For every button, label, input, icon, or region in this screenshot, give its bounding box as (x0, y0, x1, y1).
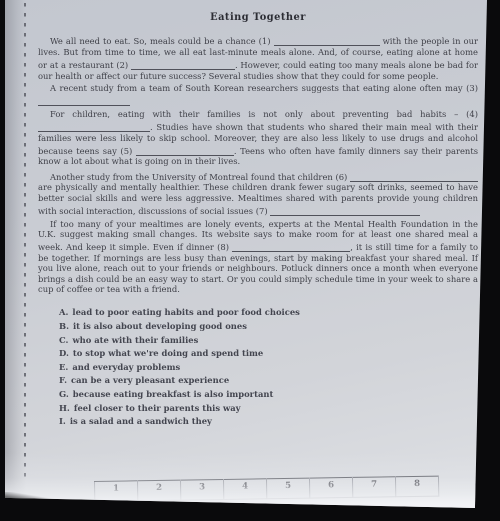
page-fold-shadow (5, 0, 26, 508)
answer-grid-row: 12345678 (95, 476, 439, 501)
option-letter: D. (59, 348, 69, 358)
option-text: who ate with their families (72, 335, 198, 345)
option-text: it is also about developing good ones (73, 321, 247, 331)
option-item: D.to stop what we're doing and spend tim… (59, 347, 478, 361)
option-letter: G. (59, 389, 69, 399)
option-letter: B. (59, 321, 69, 331)
option-letter: C. (59, 335, 68, 345)
option-item: E.and everyday problems (59, 361, 478, 375)
option-text: feel closer to their parents this way (74, 403, 241, 413)
passage-paragraph: Another study from the University of Mon… (38, 169, 478, 217)
page-title: Eating Together (38, 13, 478, 23)
answer-blank (136, 143, 234, 156)
answer-blank (38, 93, 130, 106)
option-text: and everyday problems (72, 362, 180, 372)
answer-grid: 12345678 (94, 476, 439, 502)
option-letter: F. (59, 375, 67, 385)
passage-paragraph: For children, eating with their families… (38, 109, 478, 167)
worksheet-content: Eating Together We all need to eat. So, … (38, 13, 478, 429)
answer-blank (270, 203, 420, 216)
option-item: I.is a salad and a sandwich they (59, 415, 478, 429)
answer-grid-cell: 8 (395, 476, 438, 497)
answer-blank (38, 119, 150, 132)
passage-paragraph: If too many of your mealtimes are lonely… (38, 219, 478, 295)
photo-background: Eating Together We all need to eat. So, … (0, 0, 500, 521)
passage-text: We all need to eat. So, meals could be a… (38, 33, 478, 294)
answer-blank (232, 239, 350, 252)
option-letter: E. (59, 362, 68, 372)
option-item: H.feel closer to their parents this way (59, 402, 478, 416)
answer-grid-cell: 5 (266, 478, 309, 499)
answer-grid-cell: 6 (309, 477, 352, 498)
perforation-line (24, 3, 26, 481)
option-item: G.because eating breakfast is also impor… (59, 388, 478, 402)
option-text: is a salad and a sandwich they (70, 416, 212, 426)
option-letter: I. (59, 416, 66, 426)
answer-blank (350, 169, 478, 182)
option-item: F.can be a very pleasant experience (59, 374, 478, 388)
answer-blank (274, 33, 380, 46)
passage-paragraph: A recent study from a team of South Kore… (38, 83, 478, 107)
option-letter: A. (59, 307, 68, 317)
option-text: lead to poor eating habits and poor food… (72, 307, 299, 317)
options-list: A.lead to poor eating habits and poor fo… (59, 306, 478, 428)
answer-grid-cell: 2 (138, 480, 181, 501)
answer-grid-cell: 4 (223, 479, 266, 500)
worksheet-page: Eating Together We all need to eat. So, … (5, 0, 487, 508)
option-letter: H. (59, 403, 70, 413)
option-text: to stop what we're doing and spend time (73, 348, 263, 358)
answer-grid-cell: 7 (352, 477, 395, 498)
answer-grid-cell: 3 (180, 479, 223, 500)
option-item: C.who ate with their families (59, 334, 478, 348)
option-item: B.it is also about developing good ones (59, 320, 478, 334)
option-text: because eating breakfast is also importa… (73, 389, 274, 399)
answer-blank (131, 57, 235, 70)
passage-paragraph: We all need to eat. So, meals could be a… (38, 33, 478, 81)
option-text: can be a very pleasant experience (71, 375, 229, 385)
answer-grid-cell: 1 (95, 481, 138, 502)
option-item: A.lead to poor eating habits and poor fo… (59, 306, 478, 320)
